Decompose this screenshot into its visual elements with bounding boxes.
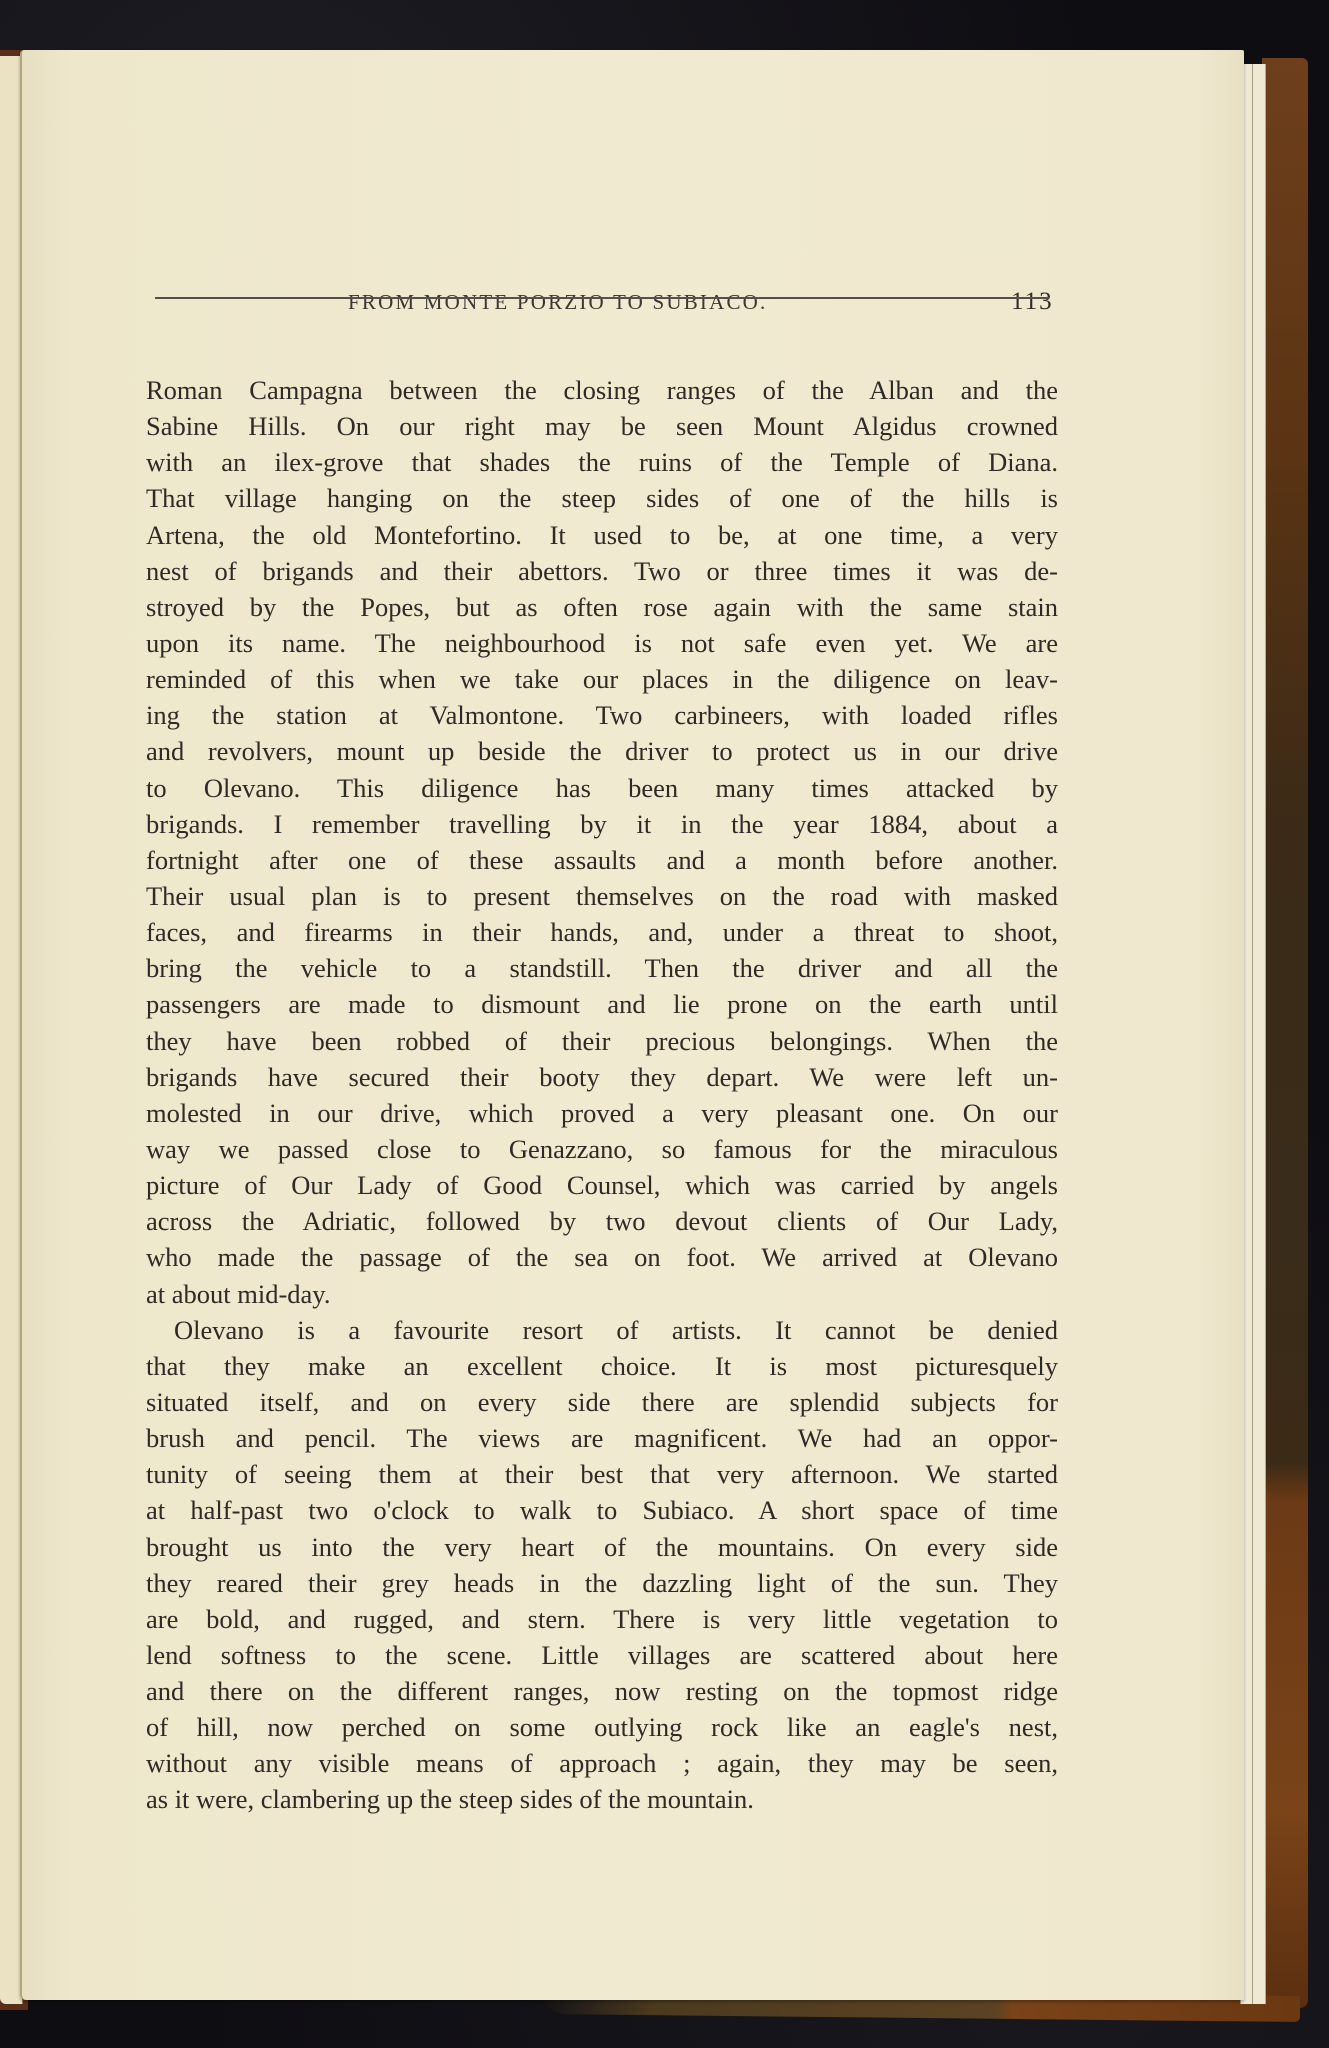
text-line: way we passed close to Genazzano, so fam… [146,1131,1058,1167]
text-line: stroyed by the Popes, but as often rose … [146,589,1058,625]
text-line: tunity of seeing them at their best that… [146,1456,1058,1492]
paragraph-end-line: as it were, clambering up the steep side… [146,1781,1058,1817]
text-line: brigands. I remember travelling by it in… [146,806,1058,842]
text-line: that they make an excellent choice. It i… [146,1348,1058,1384]
text-line: nest of brigands and their abettors. Two… [146,553,1058,589]
text-line: molested in our drive, which proved a ve… [146,1095,1058,1131]
text-line: who made the passage of the sea on foot.… [146,1239,1058,1275]
text-line: to Olevano. This diligence has been many… [146,770,1058,806]
book-cover-right-binding [1262,58,1308,2008]
text-line: situated itself, and on every side there… [146,1384,1058,1420]
text-line: Artena, the old Montefortino. It used to… [146,517,1058,553]
text-line: picture of Our Lady of Good Counsel, whi… [146,1167,1058,1203]
text-line: are bold, and rugged, and stern. There i… [146,1601,1058,1637]
running-title: FROM MONTE PORZIO TO SUBIACO. [348,290,768,315]
text-line: they reared their grey heads in the dazz… [146,1565,1058,1601]
page-number: 113 [1011,288,1054,316]
text-line: Roman Campagna between the closing range… [146,372,1058,408]
text-line: Sabine Hills. On our right may be seen M… [146,408,1058,444]
text-line: of hill, now perched on some outlying ro… [146,1709,1058,1745]
text-line: brought us into the very heart of the mo… [146,1529,1058,1565]
text-line: upon its name. The neighbourhood is not … [146,625,1058,661]
text-line: brush and pencil. The views are magnific… [146,1420,1058,1456]
text-line: faces, and firearms in their hands, and,… [146,914,1058,950]
text-line: with an ilex-grove that shades the ruins… [146,444,1058,480]
body-text: Roman Campagna between the closing range… [146,372,1058,1818]
text-line: and there on the different ranges, now r… [146,1673,1058,1709]
text-line: fortnight after one of these assaults an… [146,842,1058,878]
text-line: without any visible means of approach ; … [146,1745,1058,1781]
text-line: passengers are made to dismount and lie … [146,986,1058,1022]
header-rule-divider [155,297,1049,299]
text-line: they have been robbed of their precious … [146,1023,1058,1059]
running-head: FROM MONTE PORZIO TO SUBIACO. 113 [22,290,1244,320]
paragraph-end-line: at about mid-day. [146,1276,1058,1312]
text-line: bring the vehicle to a standstill. Then … [146,950,1058,986]
text-line: at half-past two o'clock to walk to Subi… [146,1492,1058,1528]
book-page: FROM MONTE PORZIO TO SUBIACO. 113 Roman … [20,50,1244,2000]
text-line: lend softness to the scene. Little villa… [146,1637,1058,1673]
text-line: brigands have secured their booty they d… [146,1059,1058,1095]
text-line: ing the station at Valmontone. Two carbi… [146,697,1058,733]
paragraph-start-line: Olevano is a favourite resort of artists… [146,1312,1058,1348]
text-line: reminded of this when we take our places… [146,661,1058,697]
text-line: Their usual plan is to present themselve… [146,878,1058,914]
text-line: That village hanging on the steep sides … [146,480,1058,516]
text-line: and revolvers, mount up beside the drive… [146,733,1058,769]
text-line: across the Adriatic, followed by two dev… [146,1203,1058,1239]
